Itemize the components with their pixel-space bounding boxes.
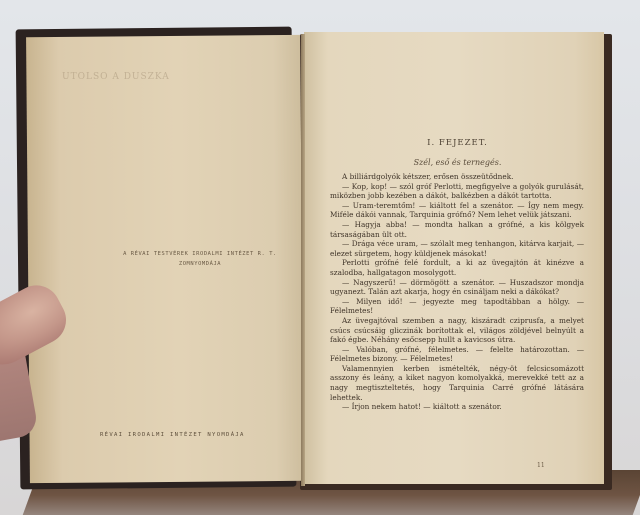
paragraph: — Drága véce uram, — szólalt meg tenhang… — [330, 239, 584, 258]
paragraph: — Hagyja abba! — mondta halkan a grófné,… — [330, 220, 584, 239]
imprint: A RÉVAI TESTVÉREK IRODALMI INTÉZET R. T.… — [105, 249, 295, 269]
book-gutter — [301, 34, 305, 486]
paragraph: — Uram-teremtőm! — kiáltott fel a szenát… — [330, 201, 584, 220]
paragraph: — Írjon nekem hatot! — kiáltott a szenát… — [330, 402, 584, 412]
faded-heading: UTOLSÓ A DUSZKA — [62, 72, 202, 82]
paragraph: — Milyen idő! — jegyezte meg tapodtábban… — [330, 297, 584, 316]
paragraph: A billiárdgolyók kétszer, erősen összeüt… — [330, 172, 584, 182]
paragraph: — Nagyszerű! — dörmögött a szenátor. — H… — [330, 278, 584, 297]
paragraph: Az üvegajtóval szemben a nagy, kiszáradt… — [330, 316, 584, 345]
imprint-line: ZOMNYOMDÁJA — [105, 259, 295, 269]
chapter-title: I. FEJEZET. — [320, 138, 595, 148]
paragraph: Valamennyien kerben ismételték, négy-öt … — [330, 364, 584, 402]
page-number: 11 — [537, 462, 545, 469]
printer-line: RÉVAI IRODALMI INTÉZET NYOMDÁJA — [100, 432, 280, 438]
paragraph: — Kop, kop! — szól gróf Perlotti, megfig… — [330, 182, 584, 201]
imprint-line: A RÉVAI TESTVÉREK IRODALMI INTÉZET R. T. — [105, 249, 295, 259]
body-text: A billiárdgolyók kétszer, erősen összeüt… — [330, 172, 584, 412]
paragraph: Perlotti grófné felé fordult, a ki az üv… — [330, 258, 584, 277]
chapter-subtitle: Szél, eső és ternegés. — [320, 158, 595, 167]
paragraph: — Valóban, grófné, félelmetes. — felelte… — [330, 345, 584, 364]
